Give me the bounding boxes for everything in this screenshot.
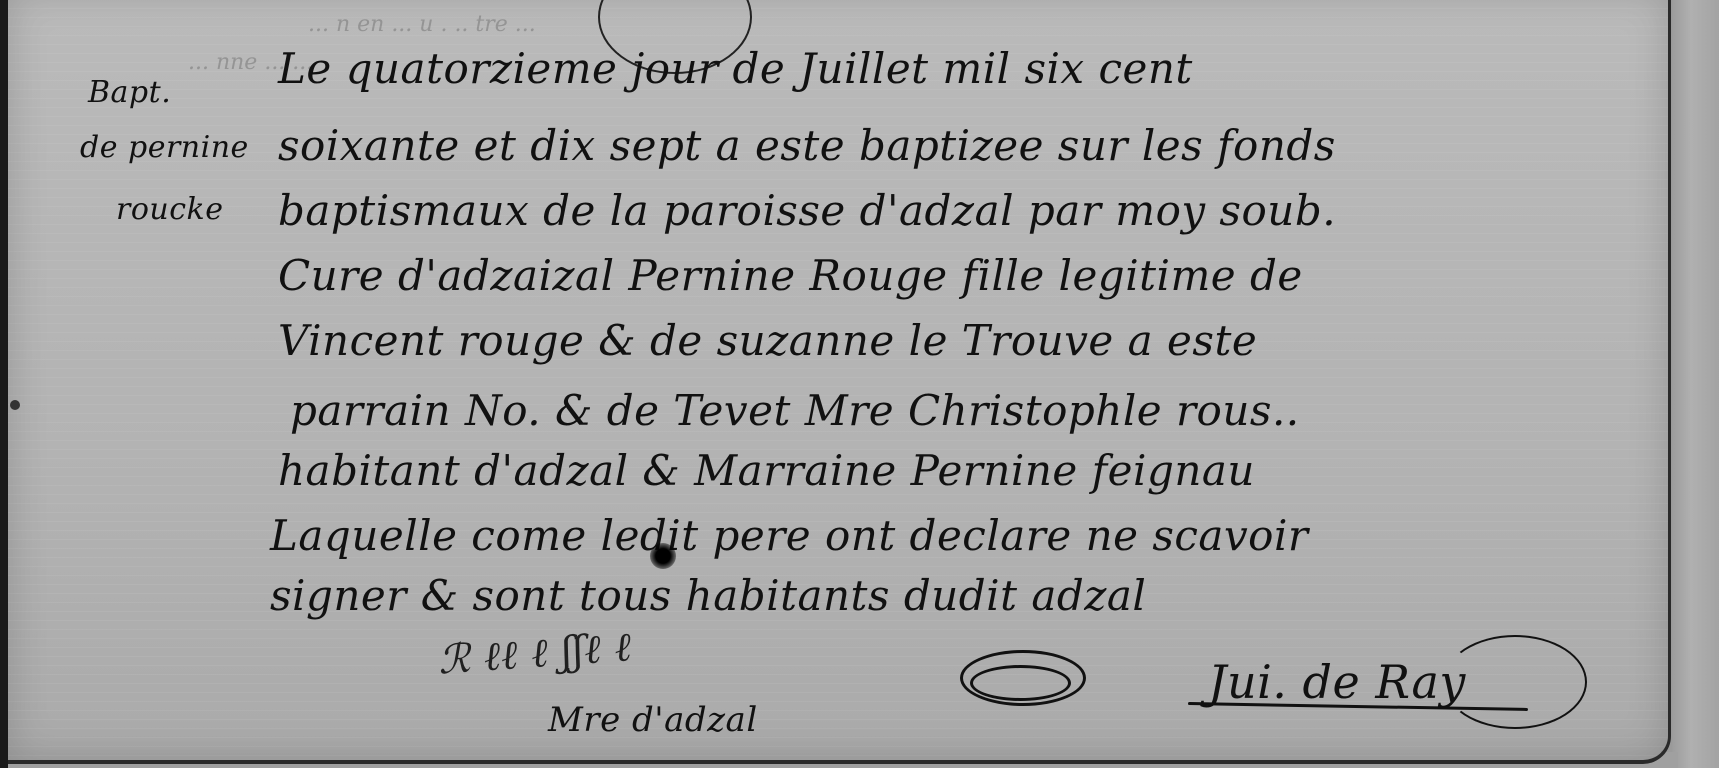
- entry-line: Laquelle come ledit pere ont declare ne …: [270, 515, 1308, 557]
- entry-line: soixante et dix sept a este baptizee sur…: [278, 125, 1336, 167]
- entry-line: Cure d'adzaizal Pernine Rouge fille legi…: [278, 255, 1303, 297]
- entry-line: Vincent rouge & de suzanne le Trouve a e…: [278, 320, 1257, 362]
- register-page: ... n en ... u . .. tre ... ... nne ... …: [8, 0, 1671, 764]
- signature-paraph-right: [1443, 635, 1587, 729]
- signature-paraph-inner: [970, 665, 1071, 701]
- margin-note-line: roucke: [116, 195, 223, 225]
- entry-line: baptismaux de la paroisse d'adzal par mo…: [278, 190, 1336, 232]
- adjacent-page-edge: [1672, 0, 1719, 768]
- entry-line: Le quatorzieme jour de Juillet mil six c…: [278, 48, 1193, 90]
- signature-curate: Mre d'adzal: [548, 700, 758, 740]
- margin-note-line: de pernine: [80, 133, 249, 163]
- ink-blot: [650, 543, 676, 569]
- margin-note-line: Bapt.: [88, 78, 171, 108]
- scanned-register-image: ... n en ... u . .. tre ... ... nne ... …: [0, 0, 1719, 768]
- stray-mark: [10, 400, 20, 410]
- signature-de-ray: Jui. de Ray: [1208, 655, 1466, 709]
- entry-line: signer & sont tous habitants dudit adzal: [270, 575, 1146, 617]
- entry-line: parrain No. & de Tevet Mre Christophle r…: [290, 390, 1300, 432]
- bleed-through-text: ... n en ... u . .. tre ...: [308, 12, 536, 37]
- signature-scrawl-left: ℛ ℓℓ ℓ ʃʃℓ ℓ: [437, 623, 634, 683]
- entry-line: habitant d'adzal & Marraine Pernine feig…: [278, 450, 1255, 492]
